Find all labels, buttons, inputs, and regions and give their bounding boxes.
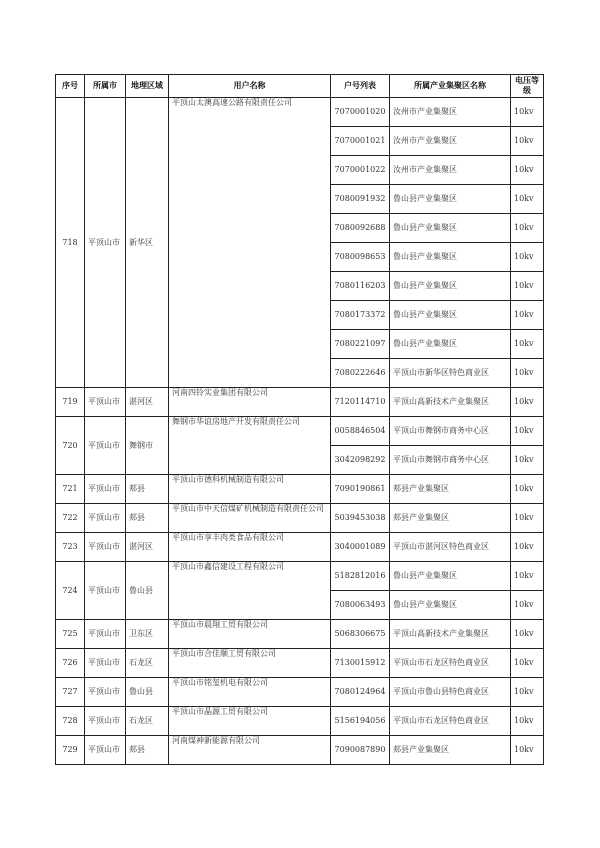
row-account-number: 7080222646 [331,359,390,388]
row-area: 石龙区 [126,649,169,678]
row-voltage: 10kv [511,649,544,678]
row-city: 平顶山市 [85,649,126,678]
header-area: 地理区域 [126,75,169,98]
row-industrial-zone: 鲁山县产业集聚区 [390,301,511,330]
row-account-number: 7080221097 [331,330,390,359]
row-index: 722 [56,504,85,533]
row-customer-name: 平顶山市晨翔工贸有限公司 [169,620,331,649]
row-area: 卫东区 [126,620,169,649]
row-industrial-zone: 郏县产业集聚区 [390,736,511,765]
row-area: 郏县 [126,736,169,765]
row-voltage: 10kv [511,591,544,620]
table-row: 725平顶山市卫东区平顶山市晨翔工贸有限公司5068306675平顶山高新技术产… [56,620,544,649]
row-city: 平顶山市 [85,562,126,620]
row-city: 平顶山市 [85,475,126,504]
table-row: 727平顶山市鲁山县平顶山市铭玺机电有限公司7080124964平顶山市鲁山县特… [56,678,544,707]
row-customer-name: 河南煤神新能源有限公司 [169,736,331,765]
row-account-number: 7070001021 [331,127,390,156]
table-row: 721平顶山市郏县平顶山市德科机械制造有限公司7090190861郏县产业集聚区… [56,475,544,504]
row-account-number: 7080098653 [331,243,390,272]
row-account-number: 7120114710 [331,388,390,417]
row-voltage: 10kv [511,446,544,475]
row-account-number: 7080092688 [331,214,390,243]
row-industrial-zone: 鲁山县产业集聚区 [390,562,511,591]
row-area: 石龙区 [126,707,169,736]
row-voltage: 10kv [511,330,544,359]
header-city: 所属市 [85,75,126,98]
row-city: 平顶山市 [85,98,126,388]
row-industrial-zone: 平顶山市鲁山县特色商业区 [390,678,511,707]
row-index: 721 [56,475,85,504]
header-row: 序号 所属市 地理区域 用户名称 户号列表 所属产业集聚区名称 电压等级 [56,75,544,98]
table-row: 723平顶山市湛河区平顶山市享丰肉类食品有限公司3040001089平顶山市湛河… [56,533,544,562]
row-industrial-zone: 平顶山市石龙区特色商业区 [390,649,511,678]
row-city: 平顶山市 [85,533,126,562]
row-industrial-zone: 平顶山市石龙区特色商业区 [390,707,511,736]
row-index: 718 [56,98,85,388]
row-area: 舞钢市 [126,417,169,475]
table-row: 719平顶山市湛河区河南四铃实业集团有限公司7120114710平顶山高新技术产… [56,388,544,417]
row-account-number: 7070001020 [331,98,390,127]
row-index: 723 [56,533,85,562]
row-city: 平顶山市 [85,417,126,475]
row-index: 719 [56,388,85,417]
row-account-number: 7090087890 [331,736,390,765]
row-area: 郏县 [126,475,169,504]
row-industrial-zone: 平顶山高新技术产业集聚区 [390,388,511,417]
row-account-number: 7080124964 [331,678,390,707]
row-voltage: 10kv [511,301,544,330]
row-account-number: 5039453038 [331,504,390,533]
row-industrial-zone: 平顶山市湛河区特色商业区 [390,533,511,562]
row-industrial-zone: 郏县产业集聚区 [390,504,511,533]
row-account-number: 7080091932 [331,185,390,214]
row-city: 平顶山市 [85,678,126,707]
table-row: 726平顶山市石龙区平顶山市合佳顺工贸有限公司7130015912平顶山市石龙区… [56,649,544,678]
row-voltage: 10kv [511,707,544,736]
row-industrial-zone: 平顶山市舞钢市商务中心区 [390,446,511,475]
row-industrial-zone: 鲁山县产业集聚区 [390,243,511,272]
row-voltage: 10kv [511,475,544,504]
row-industrial-zone: 郏县产业集聚区 [390,475,511,504]
table-row: 729平顶山市郏县河南煤神新能源有限公司7090087890郏县产业集聚区10k… [56,736,544,765]
header-voltage: 电压等级 [511,75,544,98]
row-customer-name: 平顶山市晶源工贸有限公司 [169,707,331,736]
row-customer-name: 舞钢市华谊房地产开发有限责任公司 [169,417,331,475]
row-industrial-zone: 汝州市产业集聚区 [390,156,511,185]
table-row: 724平顶山市鲁山县平顶山市鑫信建设工程有限公司5182812016鲁山县产业集… [56,562,544,591]
row-customer-name: 河南四铃实业集团有限公司 [169,388,331,417]
row-account-number: 5068306675 [331,620,390,649]
row-voltage: 10kv [511,620,544,649]
table-row: 718平顶山市新华区平顶山太澳高速公路有限责任公司7070001020汝州市产业… [56,98,544,127]
row-voltage: 10kv [511,533,544,562]
row-voltage: 10kv [511,156,544,185]
header-account-list: 户号列表 [331,75,390,98]
row-customer-name: 平顶山市鑫信建设工程有限公司 [169,562,331,620]
table-row: 728平顶山市石龙区平顶山市晶源工贸有限公司5156194056平顶山市石龙区特… [56,707,544,736]
row-voltage: 10kv [511,504,544,533]
row-account-number: 7080063493 [331,591,390,620]
row-industrial-zone: 鲁山县产业集聚区 [390,330,511,359]
row-account-number: 7070001022 [331,156,390,185]
row-index: 725 [56,620,85,649]
row-voltage: 10kv [511,214,544,243]
row-industrial-zone: 平顶山高新技术产业集聚区 [390,620,511,649]
row-area: 鲁山县 [126,678,169,707]
row-city: 平顶山市 [85,504,126,533]
row-area: 郏县 [126,504,169,533]
row-account-number: 7090190861 [331,475,390,504]
row-account-number: 7130015912 [331,649,390,678]
table-row: 722平顶山市郏县平顶山市中天信煤矿机械制造有限责任公司5039453038郏县… [56,504,544,533]
row-area: 湛河区 [126,533,169,562]
row-customer-name: 平顶山太澳高速公路有限责任公司 [169,98,331,388]
row-industrial-zone: 汝州市产业集聚区 [390,98,511,127]
row-city: 平顶山市 [85,707,126,736]
customer-table: 序号 所属市 地理区域 用户名称 户号列表 所属产业集聚区名称 电压等级 718… [55,74,544,765]
row-voltage: 10kv [511,98,544,127]
row-index: 728 [56,707,85,736]
row-account-number: 3042098292 [331,446,390,475]
row-index: 720 [56,417,85,475]
table-row: 720平顶山市舞钢市舞钢市华谊房地产开发有限责任公司0058846504平顶山市… [56,417,544,446]
row-industrial-zone: 鲁山县产业集聚区 [390,185,511,214]
row-industrial-zone: 鲁山县产业集聚区 [390,272,511,301]
row-area: 新华区 [126,98,169,388]
row-index: 726 [56,649,85,678]
row-industrial-zone: 平顶山市新华区特色商业区 [390,359,511,388]
row-voltage: 10kv [511,388,544,417]
row-industrial-zone: 平顶山市舞钢市商务中心区 [390,417,511,446]
row-account-number: 5156194056 [331,707,390,736]
header-industrial-zone: 所属产业集聚区名称 [390,75,511,98]
header-index: 序号 [56,75,85,98]
row-city: 平顶山市 [85,620,126,649]
row-voltage: 10kv [511,243,544,272]
row-area: 湛河区 [126,388,169,417]
row-customer-name: 平顶山市享丰肉类食品有限公司 [169,533,331,562]
row-industrial-zone: 鲁山县产业集聚区 [390,214,511,243]
row-voltage: 10kv [511,127,544,156]
row-account-number: 5182812016 [331,562,390,591]
row-voltage: 10kv [511,678,544,707]
row-account-number: 3040001089 [331,533,390,562]
row-voltage: 10kv [511,736,544,765]
row-voltage: 10kv [511,272,544,301]
row-index: 727 [56,678,85,707]
row-customer-name: 平顶山市中天信煤矿机械制造有限责任公司 [169,504,331,533]
row-customer-name: 平顶山市德科机械制造有限公司 [169,475,331,504]
row-account-number: 7080173372 [331,301,390,330]
row-voltage: 10kv [511,359,544,388]
row-customer-name: 平顶山市合佳顺工贸有限公司 [169,649,331,678]
row-account-number: 7080116203 [331,272,390,301]
row-city: 平顶山市 [85,736,126,765]
row-city: 平顶山市 [85,388,126,417]
row-index: 729 [56,736,85,765]
row-voltage: 10kv [511,562,544,591]
row-index: 724 [56,562,85,620]
row-customer-name: 平顶山市铭玺机电有限公司 [169,678,331,707]
row-area: 鲁山县 [126,562,169,620]
row-voltage: 10kv [511,417,544,446]
row-industrial-zone: 汝州市产业集聚区 [390,127,511,156]
row-industrial-zone: 鲁山县产业集聚区 [390,591,511,620]
row-voltage: 10kv [511,185,544,214]
row-account-number: 0058846504 [331,417,390,446]
header-customer-name: 用户名称 [169,75,331,98]
